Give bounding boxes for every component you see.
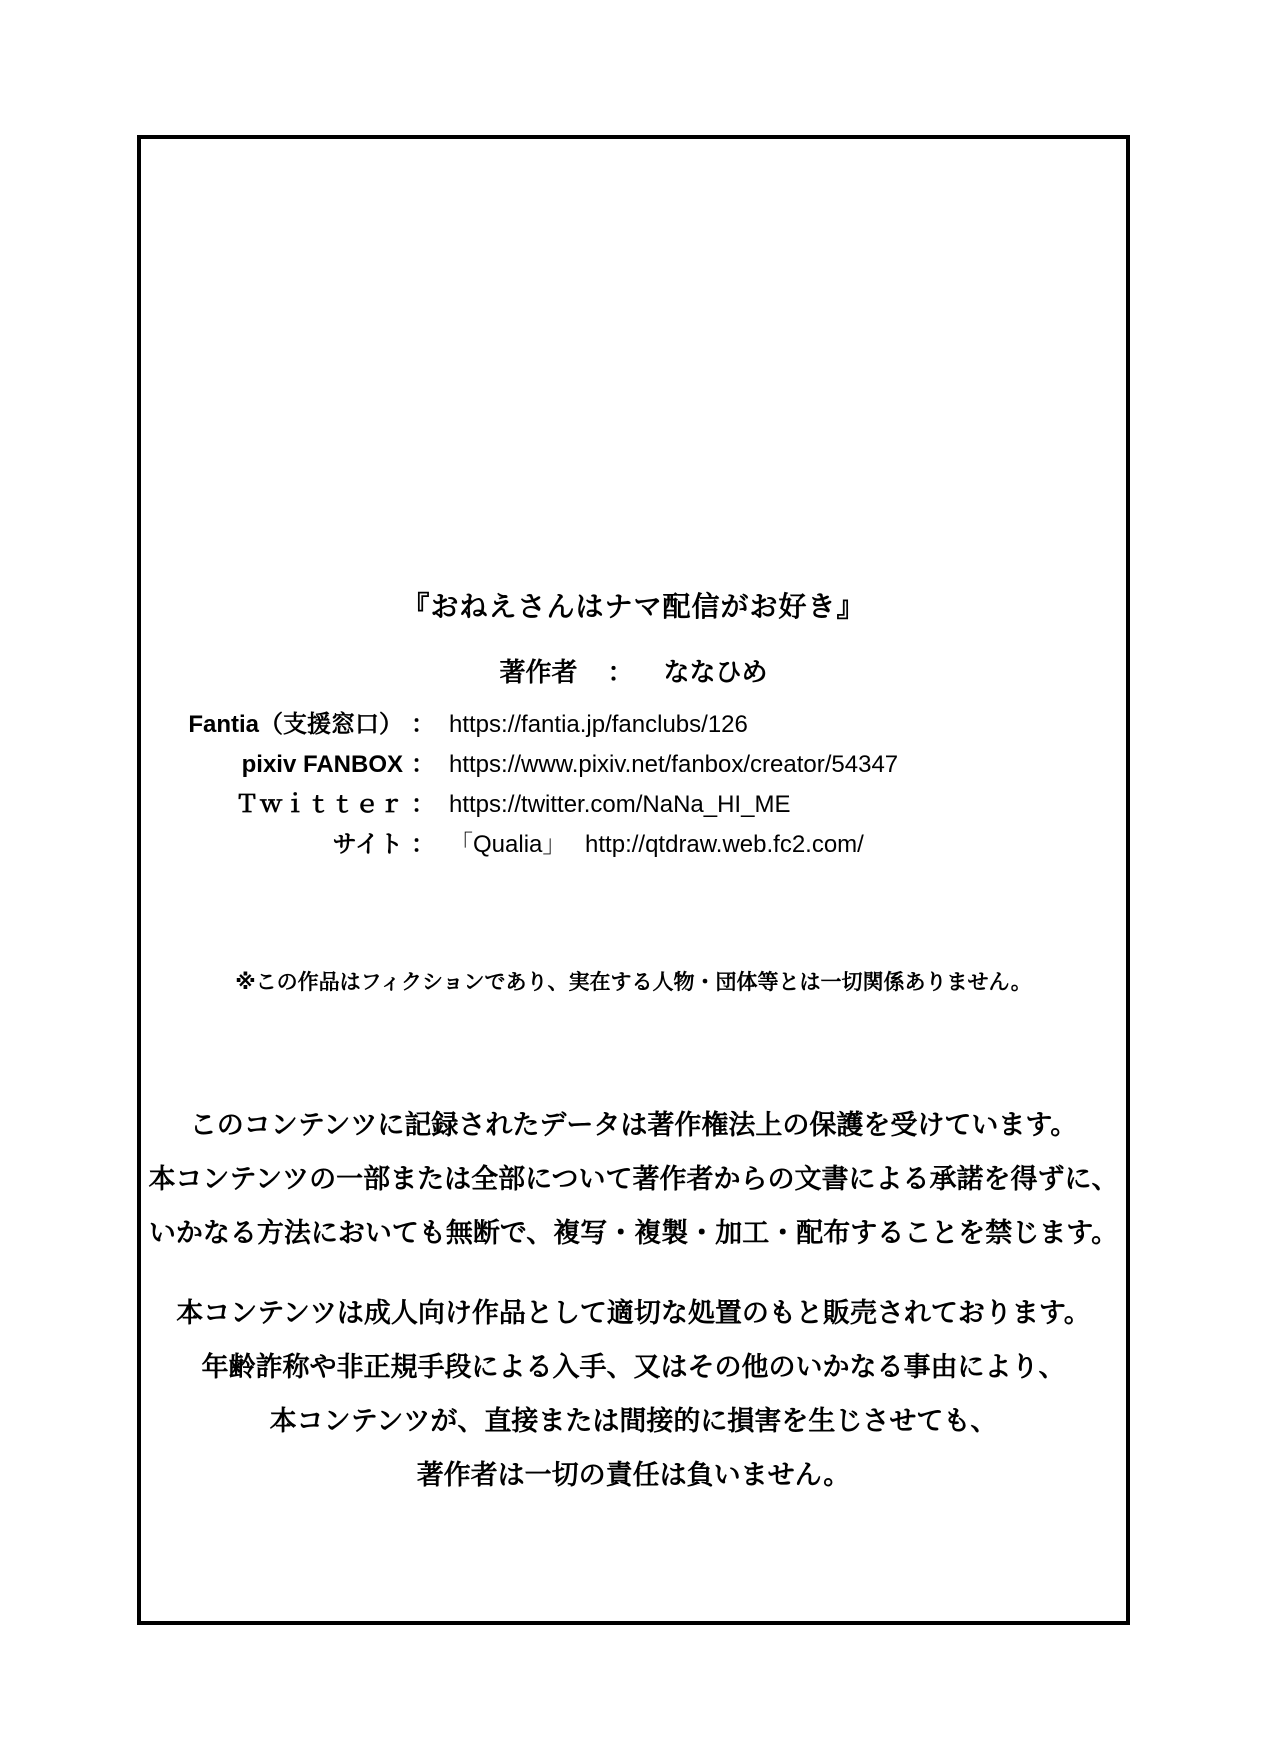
link-row-pixiv-fanbox: pixiv FANBOX ： https://www.pixiv.net/fan… (160, 745, 1030, 785)
fantia-separator: ： (403, 705, 443, 745)
liability-line: 年齢詐称や非正規手段による入手、又はその他のいかなる事由により、 (141, 1340, 1126, 1394)
author-name: ななひめ (664, 657, 768, 687)
author-label: 著作者 (499, 657, 577, 687)
website-separator: ： (403, 825, 443, 865)
copyright-line: 本コンテンツの一部または全部について著作者からの文書による承諾を得ずに、 (141, 1152, 1126, 1206)
liability-line: 本コンテンツは成人向け作品として適切な処置のもと販売されております。 (141, 1286, 1126, 1340)
pixiv-fanbox-url: https://www.pixiv.net/fanbox/creator/543… (443, 745, 1030, 785)
pixiv-fanbox-label: pixiv FANBOX (160, 745, 403, 785)
copyright-line: いかなる方法においても無断で、複写・複製・加工・配布することを禁じます。 (141, 1206, 1126, 1260)
copyright-line: このコンテンツに記録されたデータは著作権法上の保護を受けています。 (141, 1098, 1126, 1152)
links-block: Fantia（支援窓口） ： https://fantia.jp/fanclub… (160, 705, 1030, 865)
link-row-website: サイト ： 「Qualia」 http://qtdraw.web.fc2.com… (160, 825, 1030, 865)
author-line: 著作者：ななひめ (137, 652, 1130, 689)
link-row-fantia: Fantia（支援窓口） ： https://fantia.jp/fanclub… (160, 705, 1030, 745)
twitter-separator: ： (403, 785, 443, 825)
fantia-label: Fantia（支援窓口） (160, 705, 403, 745)
liability-line: 著作者は一切の責任は負いません。 (141, 1448, 1126, 1502)
fantia-url: https://fantia.jp/fanclubs/126 (443, 705, 1030, 745)
document-page: 『おねえさんはナマ配信がお好き』 著作者：ななひめ Fantia（支援窓口） ：… (0, 0, 1268, 1764)
website-url: 「Qualia」 http://qtdraw.web.fc2.com/ (443, 825, 1030, 865)
link-row-twitter: Ｔｗｉｔｔｅｒ ： https://twitter.com/NaNa_HI_ME (160, 785, 1030, 825)
work-title: 『おねえさんはナマ配信がお好き』 (137, 585, 1130, 625)
website-label: サイト (160, 825, 403, 865)
fiction-disclaimer: ※この作品はフィクションであり、実在する人物・団体等とは一切関係ありません。 (137, 966, 1130, 996)
pixiv-fanbox-separator: ： (403, 745, 443, 785)
twitter-label: Ｔｗｉｔｔｅｒ (160, 785, 403, 825)
liability-notice: 本コンテンツは成人向け作品として適切な処置のもと販売されております。 年齢詐称や… (141, 1286, 1126, 1502)
author-separator: ： (607, 652, 633, 689)
copyright-notice: このコンテンツに記録されたデータは著作権法上の保護を受けています。 本コンテンツ… (141, 1098, 1126, 1260)
liability-line: 本コンテンツが、直接または間接的に損害を生じさせても、 (141, 1394, 1126, 1448)
twitter-url: https://twitter.com/NaNa_HI_ME (443, 785, 1030, 825)
